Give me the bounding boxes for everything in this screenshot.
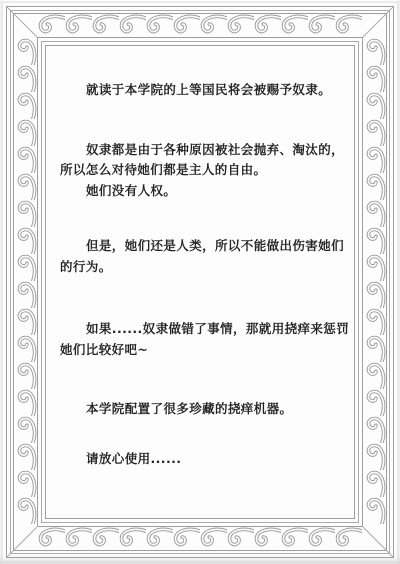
text-line: 如果......奴隶做错了事情，那就用挠痒来惩罚 xyxy=(60,319,356,340)
text-line: 但是，她们还是人类，所以不能做出伤害她们 xyxy=(60,236,356,257)
letter-text: 就读于本学院的上等国民将会被赐予奴隶。 奴隶都是由于各种原因被社会抛弃、淘汰的，… xyxy=(60,80,356,469)
text-line: 她们比较好吧~ xyxy=(60,340,356,361)
text-line: 就读于本学院的上等国民将会被赐予奴隶。 xyxy=(60,80,356,101)
text-line: 本学院配置了很多珍藏的挠痒机器。 xyxy=(60,399,356,420)
text-line: 的行为。 xyxy=(60,257,356,278)
text-line: 所以怎么对待她们都是主人的自由。 xyxy=(60,160,356,181)
text-line: 请放心使用...... xyxy=(60,449,356,470)
text-line: 奴隶都是由于各种原因被社会抛弃、淘汰的， xyxy=(60,140,356,161)
letter-page: 就读于本学院的上等国民将会被赐予奴隶。 奴隶都是由于各种原因被社会抛弃、淘汰的，… xyxy=(0,0,400,564)
text-line: 她们没有人权。 xyxy=(60,181,356,202)
